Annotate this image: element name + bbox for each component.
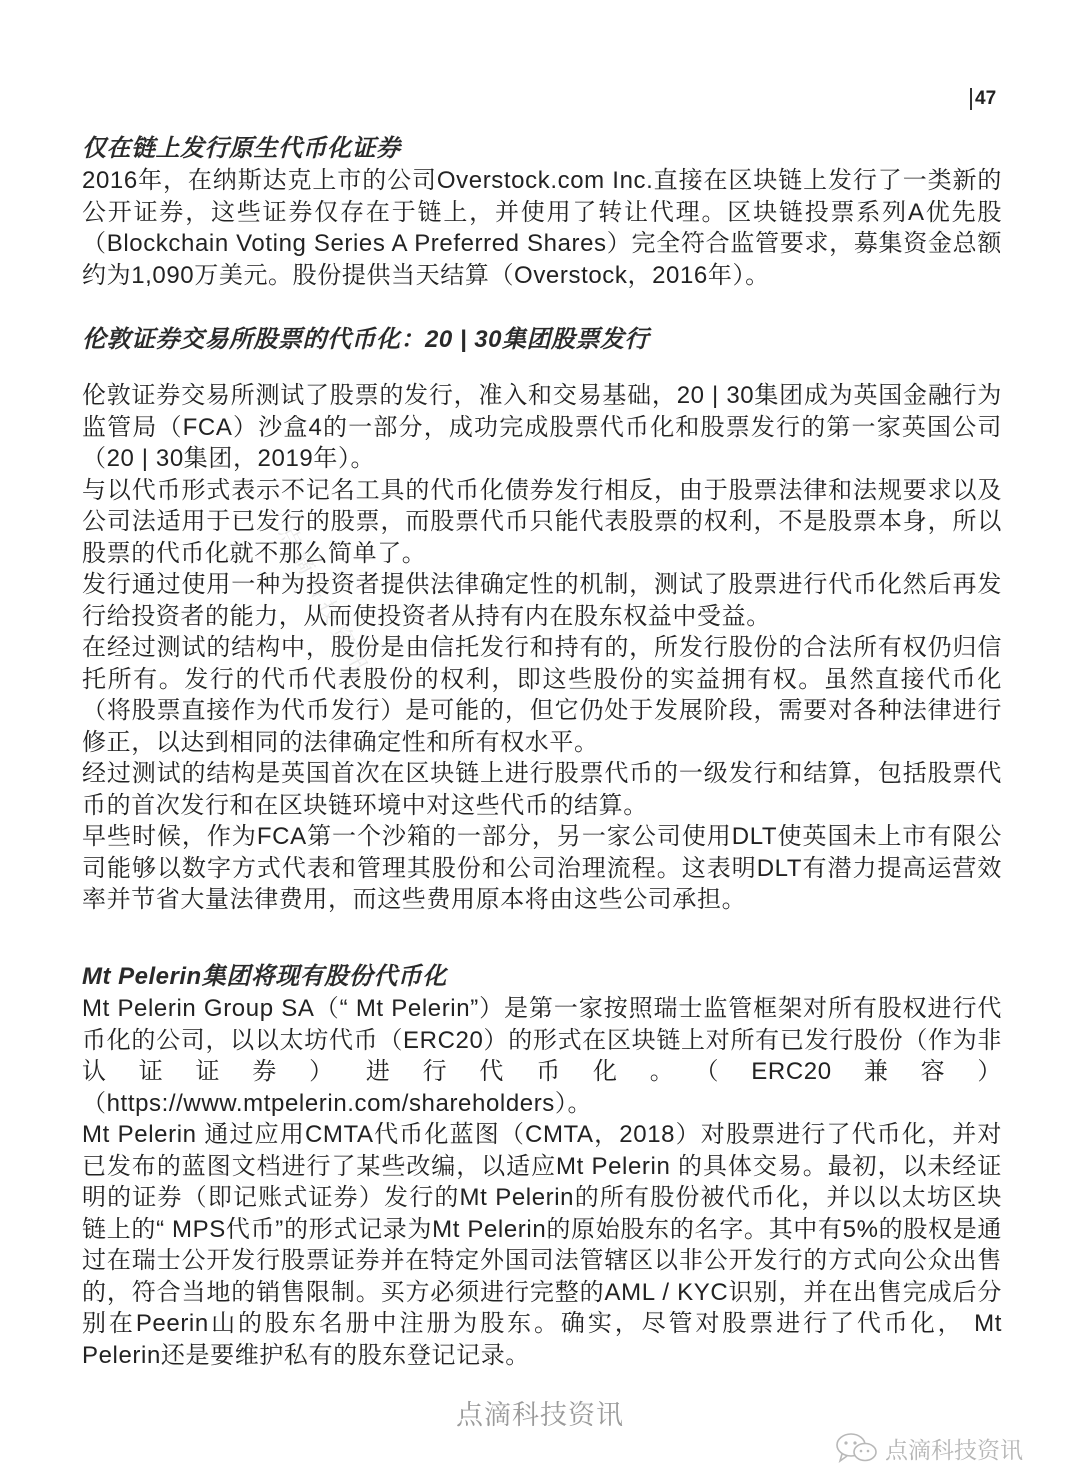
section-native-tokenized-securities: 仅在链上发行原生代币化证券 2016年，在纳斯达克上市的公司Overstock.… bbox=[82, 133, 1002, 291]
paragraph: 与以代币形式表示不记名工具的代币化债券发行相反，由于股票法律和法规要求以及公司法… bbox=[82, 475, 1002, 570]
wechat-icon bbox=[835, 1431, 879, 1465]
page-number: 47 bbox=[970, 88, 996, 110]
paragraph: Mt Pelerin 通过应用CMTA代币化蓝图（CMTA，2018）对股票进行… bbox=[82, 1119, 1002, 1371]
paragraph: 早些时候，作为FCA第一个沙箱的一部分，另一家公司使用DLT使英国未上市有限公司… bbox=[82, 821, 1002, 916]
section-heading: 伦敦证券交易所股票的代币化：20 | 30集团股票发行 bbox=[82, 324, 649, 356]
paragraph: 发行通过使用一种为投资者提供法律确定性的机制，测试了股票进行代币化然后再发行给投… bbox=[82, 569, 1002, 632]
footer-watermark-title: 点滴科技资讯 bbox=[0, 1393, 1080, 1432]
paragraph: 2016年，在纳斯达克上市的公司Overstock.com Inc.直接在区块链… bbox=[82, 165, 1002, 291]
wechat-account-name: 点滴科技资讯 bbox=[885, 1432, 1023, 1465]
section-lse-tokenization: 伦敦证券交易所测试了股票的发行，准入和交易基础，20 | 30集团成为英国金融行… bbox=[82, 380, 1002, 916]
section-mt-pelerin: Mt Pelerin Group SA（“ Mt Pelerin”）是第一家按照… bbox=[82, 993, 1002, 1371]
wechat-watermark: 点滴科技资讯 bbox=[835, 1431, 1023, 1465]
paragraph: 经过测试的结构是英国首次在区块链上进行股票代币的一级发行和结算，包括股票代币的首… bbox=[82, 758, 1002, 821]
paragraph: 伦敦证券交易所测试了股票的发行，准入和交易基础，20 | 30集团成为英国金融行… bbox=[82, 380, 1002, 475]
paragraph: Mt Pelerin Group SA（“ Mt Pelerin”）是第一家按照… bbox=[82, 993, 1002, 1119]
section-heading: 仅在链上发行原生代币化证券 bbox=[82, 133, 1002, 165]
page-number-divider bbox=[970, 88, 972, 110]
page-number-value: 47 bbox=[975, 88, 996, 110]
paragraph: 在经过测试的结构中，股份是由信托发行和持有的，所发行股份的合法所有权仍归信托所有… bbox=[82, 632, 1002, 758]
section-heading: Mt Pelerin集团将现有股份代币化 bbox=[82, 961, 447, 993]
